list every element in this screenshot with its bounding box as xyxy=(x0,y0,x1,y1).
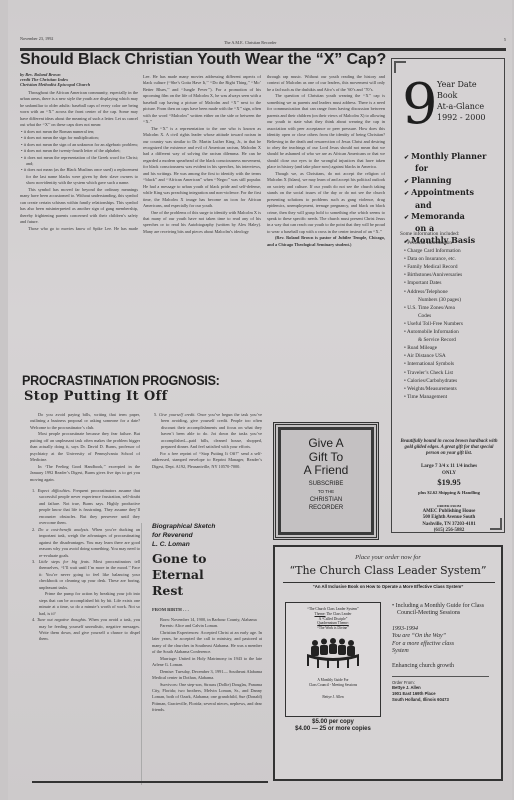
info-item: International Symbols xyxy=(404,360,504,368)
info-text: Traveler’s Check List xyxy=(407,370,453,376)
check-feature: Monthly Planner xyxy=(404,151,500,163)
feature-bullet: Including a Monthly Guide for Class Coun… xyxy=(392,603,500,618)
paragraph: Throughout the African American communit… xyxy=(20,90,138,129)
info-item: Family Medical Record xyxy=(404,263,504,271)
price-line: $5.00 per copy xyxy=(285,719,381,726)
info-text: International Symbols xyxy=(407,361,454,367)
divider xyxy=(283,582,495,583)
from-birth-label: FROM BIRTH . . . xyxy=(152,607,189,612)
theme-label: Theme: xyxy=(315,612,326,616)
newspaper-page: November 23, 1992 The A.M.E. Christian R… xyxy=(8,0,512,800)
title-line: Rest xyxy=(152,583,262,599)
heading-line: Biographical Sketch xyxy=(152,522,262,531)
tip-number: 5. xyxy=(154,412,157,417)
gift-subscription-ad: Give A Gift To A Friend SUBSCRIBE TO THE… xyxy=(273,422,379,540)
order-line: South Holland, Illinois 60473 xyxy=(392,697,500,703)
check-feature: Appointments xyxy=(404,187,500,199)
list-item: it does not mean the twenty-fourth lette… xyxy=(20,148,138,154)
reprint-info: For a free reprint of ‘‘Stop Putting It … xyxy=(152,451,262,470)
info-text: Road Mileage xyxy=(407,345,437,351)
tip-item: 2. Do a cost-benefit analysis. When you’… xyxy=(30,527,140,559)
list-item: it does not mean (as the Black Muslims o… xyxy=(20,167,138,186)
info-text: Time Management xyxy=(407,394,447,400)
datebook-numeral: 9 xyxy=(402,77,438,133)
tip-item: 1. Expect difficulties. Frequent procras… xyxy=(30,488,140,527)
title-line: Eternal xyxy=(152,567,262,583)
tip-text: Once you’ve begun the task you’ve been a… xyxy=(161,412,262,449)
author-credit: (Rev. Roland Brown is pastor of Jubilee … xyxy=(267,235,385,248)
paragraph: The ‘‘X’’ is a representation to the one… xyxy=(143,126,261,210)
gift-line: Give A xyxy=(276,437,376,451)
tip-item: 4. Tune out negative thoughts. When you … xyxy=(30,617,140,643)
loman-title: Gone to Eternal Rest xyxy=(152,551,262,599)
feature-connector: and xyxy=(404,200,500,211)
page-number: 5 xyxy=(504,37,506,42)
survivors: Survivors: One step-son, Strauss (Dollie… xyxy=(152,682,262,714)
title-line: Book xyxy=(437,90,502,101)
people-at-table-icon xyxy=(303,638,363,668)
feature-connector: for xyxy=(404,163,500,174)
datebook-title: Year Date Book At-a-Glance 1992 - 2000 xyxy=(437,79,502,123)
tip-title: Expect difficulties. xyxy=(38,488,71,493)
paragraph: Do you avoid paying bills, writing that … xyxy=(30,412,140,431)
subscribe-line: CHRISTIAN xyxy=(276,496,376,504)
info-item: Data on Insurance, etc. xyxy=(404,255,504,263)
procrastination-subtitle: Stop Putting It Off xyxy=(24,389,264,404)
tip-item: 3. Little steps for big feats. Most proc… xyxy=(30,559,140,591)
info-text: Weights/Measurements xyxy=(407,386,457,392)
paragraph: Those who go to movies know of Spike Lee… xyxy=(20,226,138,232)
byline-church: Christian Methodist Episcopal Church xyxy=(20,82,140,87)
info-item: Air Distance USA xyxy=(404,352,504,360)
enhancing-text: Enhancing church growth xyxy=(392,663,500,670)
title-line: 1992 - 2000 xyxy=(437,112,502,123)
class-leader-prices: $5.00 per copy $4.00 — 25 or more copies xyxy=(285,719,381,733)
info-text: Data on Insurance, etc. xyxy=(407,256,456,262)
quad-text: “The Work is Divine” xyxy=(286,626,380,631)
tips-list: 1. Expect difficulties. Frequent procras… xyxy=(30,488,140,643)
info-text: Birthstones/Anniversaries xyxy=(407,272,462,278)
datebook-size: Large 7 3/4 x 11 1/4 inches ONLY xyxy=(396,464,502,477)
tip-title: Little steps for big feats. xyxy=(39,559,90,564)
subscribe-line: SUBSCRIBE xyxy=(276,480,376,488)
info-text-cont: Codes xyxy=(404,312,504,320)
x-cap-column-3: through rap music. Without our youth rea… xyxy=(267,74,385,414)
tip-text: Frequent procrastinators assume that suc… xyxy=(39,488,140,525)
x-cap-byline: by Rev. Roland Brown credit The Christia… xyxy=(20,72,140,88)
subscribe-line: RECORDER xyxy=(276,504,376,512)
info-text: Air Distance USA xyxy=(407,353,446,359)
class-leader-details: Including a Monthly Guide for Class Coun… xyxy=(392,603,500,702)
slogan: 1993-1994 You are “On the Way” For a mor… xyxy=(392,626,500,656)
loman-heading: Biographical Sketch for Reverend L. C. L… xyxy=(152,522,262,549)
bottom-rule xyxy=(32,781,268,783)
gift-headline: Give A Gift To A Friend xyxy=(276,437,376,478)
gift-subscribe: SUBSCRIBE TO THE CHRISTIAN RECORDER xyxy=(276,480,376,512)
book-cover: “The Church Class Leader System” Theme: … xyxy=(285,602,381,717)
loman-body: Born: November 14, 1900, in Barbour Coun… xyxy=(152,617,262,714)
x-cap-column-1: Throughout the African American communit… xyxy=(20,90,138,232)
info-item: Time Management xyxy=(404,393,504,401)
tip-number: 2. xyxy=(32,527,35,532)
list-item: it does not mean the representation of t… xyxy=(20,155,138,168)
heading-line: for Reverend xyxy=(152,531,262,540)
info-item: Charge Card Information xyxy=(404,247,504,255)
class-leader-tagline: “An All Inclusive Book on How to Operate… xyxy=(275,584,501,589)
info-item: Personal Information xyxy=(404,239,504,247)
paragraph: The question of Christian youth wearing … xyxy=(267,93,385,170)
info-item: U.S. Time Zones/AreaCodes xyxy=(404,304,504,320)
divider xyxy=(392,676,489,677)
title-line: Year Date xyxy=(437,79,502,90)
cover-author: Bettye J. Allen xyxy=(286,695,380,700)
info-item: Automobile Information& Service Record xyxy=(404,328,504,344)
not-meanings-list: it does not mean the Roman numeral ten; … xyxy=(20,129,138,187)
slogan-line: For a more effective class xyxy=(392,641,500,648)
info-item: Birthstones/Anniversaries xyxy=(404,271,504,279)
datebook-shipping: plus $2.62 Shipping & Handling xyxy=(396,490,502,495)
paragraph: through rap music. Without our youth rea… xyxy=(267,74,385,93)
tip-number: 4. xyxy=(32,617,35,622)
cover-guide: A Monthly Guide For Class Council - Meet… xyxy=(286,678,380,688)
class-leader-ad: Place your order now for “The Church Cla… xyxy=(273,545,503,781)
info-label: Some information included: xyxy=(400,231,459,237)
paragraph: Most people procrastinate because they f… xyxy=(30,431,140,463)
paragraph: Lee. He has made many movies addressing … xyxy=(143,74,261,126)
check-feature: Planning xyxy=(404,175,500,187)
gift-line: Gift To xyxy=(276,451,376,465)
tip-number: 3. xyxy=(32,559,35,564)
slogan-line: You are “On the Way” xyxy=(392,633,500,640)
info-item: Calories/Carbohydrates xyxy=(404,377,504,385)
x-cap-headline: Should Black Christian Youth Wear the “X… xyxy=(20,51,380,69)
info-text: U.S. Time Zones/Area xyxy=(407,305,455,311)
info-item: Important Dates xyxy=(404,279,504,287)
info-text-cont: Numbers (30 pages) xyxy=(404,296,504,304)
tip-title: Do a cost-benefit analysis. xyxy=(38,527,89,532)
class-leader-title: “The Church Class Leader System” xyxy=(275,564,501,577)
price-line: $4.00 — 25 or more copies xyxy=(285,726,381,733)
check-feature: Memoranda xyxy=(404,211,500,223)
gift-line: A Friend xyxy=(276,464,376,478)
datebook-description: Beautifully bound in cocoa brown hardbac… xyxy=(398,439,500,458)
paragraph: One of the problems of this surge to ide… xyxy=(143,210,261,236)
info-item: Useful Toll-Free Numbers xyxy=(404,320,504,328)
info-item: Traveler’s Check List xyxy=(404,369,504,377)
tip-title: Tune out negative thoughts. xyxy=(37,617,87,622)
procrastination-title: PROCRASTINATION PROGNOSIS: xyxy=(22,373,245,388)
title-line: Gone to xyxy=(152,551,262,567)
info-item: Address/TelephoneNumbers (30 pages) xyxy=(404,288,504,304)
order-phone: (615) 256-5882 xyxy=(396,528,502,534)
tip-extra: Prime the pump for action by breaking yo… xyxy=(30,591,140,617)
issue-date: November 23, 1992 xyxy=(20,36,53,41)
marriage: Marriage: United in Holy Matrimony in 19… xyxy=(152,656,262,669)
experiences: Christian Experiences: Accepted Christ a… xyxy=(152,630,262,656)
place-order-text: Place your order now for xyxy=(275,554,501,561)
tip-title: Give yourself credit. xyxy=(159,412,196,417)
masthead: November 23, 1992 The A.M.E. Christian R… xyxy=(20,34,506,48)
info-text: Automobile Information xyxy=(407,329,459,335)
subscribe-line: TO THE xyxy=(276,488,376,496)
procrastination-column-2: 5. Give yourself credit. Once you’ve beg… xyxy=(152,412,262,470)
heading-line: L. C. Loman xyxy=(152,540,262,549)
demise: Demise: Tuesday, December 3, 1991— South… xyxy=(152,669,262,682)
info-item: Weights/Measurements xyxy=(404,385,504,393)
info-text-cont: & Service Record xyxy=(404,336,504,344)
tip-item: 5. Give yourself credit. Once you’ve beg… xyxy=(152,412,262,451)
guide-line: Class Council - Meeting Sessions xyxy=(286,683,380,688)
procrastination-column-1: Do you avoid paying bills, writing that … xyxy=(30,412,140,782)
paragraph: This symbol has moved far beyond the ord… xyxy=(20,187,138,226)
info-text: Useful Toll-Free Numbers xyxy=(407,321,463,327)
x-cap-column-2: Lee. He has made many movies addressing … xyxy=(143,74,261,370)
title-line: At-a-Glance xyxy=(437,101,502,112)
paragraph: In ‘The Feeling Good Handbook,’’ excerpt… xyxy=(30,464,140,483)
paragraph: Though we, as Christians, do not accept … xyxy=(267,171,385,236)
info-text: Important Dates xyxy=(407,280,441,286)
info-list: Personal Information Charge Card Informa… xyxy=(404,239,504,401)
class-leader-order-info: Order From: Bettye J. Allen 1901 East 16… xyxy=(392,680,500,702)
slogan-line: System xyxy=(392,648,500,655)
info-text: Calories/Carbohydrates xyxy=(407,378,457,384)
tips-list-continued: 5. Give yourself credit. Once you’ve beg… xyxy=(152,412,262,451)
info-text: Charge Card Information xyxy=(407,248,460,254)
info-text: Family Medical Record xyxy=(407,264,457,270)
paper-name: The A.M.E. Christian Recorder xyxy=(224,40,277,45)
datebook-ad: 9 Year Date Book At-a-Glance 1992 - 2000… xyxy=(391,58,505,533)
datebook-price: $19.95 xyxy=(396,477,502,487)
theme-text: The Class Leader xyxy=(326,612,351,616)
info-text: Personal Information xyxy=(407,240,452,246)
tip-number: 1. xyxy=(32,488,35,493)
datebook-order-info: ORDER FROM AMEC Publishing House 500 Eig… xyxy=(396,503,502,534)
info-text: Address/Telephone xyxy=(407,289,448,295)
info-item: Road Mileage xyxy=(404,344,504,352)
